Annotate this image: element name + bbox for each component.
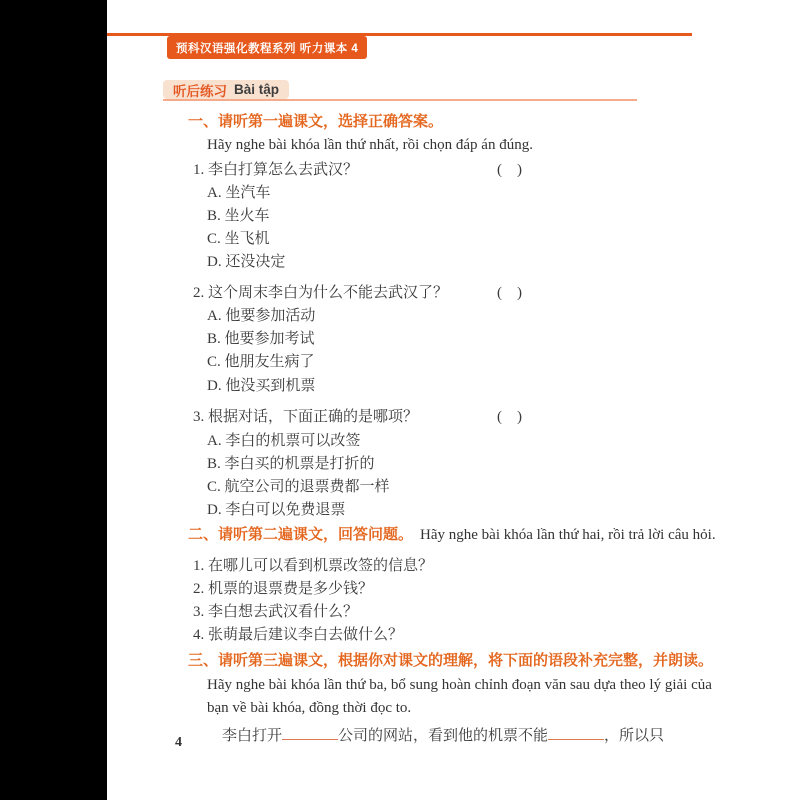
cloze-part-2: 公司的网站，看到他的机票不能	[338, 728, 548, 744]
page-number: 4	[175, 735, 182, 751]
answer-parentheses: ( )	[497, 283, 522, 303]
exercise-label-underline	[163, 99, 637, 101]
option-3b: B. 李白买的机票是打折的	[207, 454, 375, 474]
option-2b: B. 他要参加考试	[207, 329, 315, 349]
answer-parentheses: ( )	[497, 160, 522, 180]
exercise-label: 听后练习 Bài tập	[163, 80, 289, 99]
fill-blank-1	[282, 726, 338, 740]
textbook-page: 预科汉语强化教程系列 听力课本 4 听后练习 Bài tập 一、请听第一遍课文…	[0, 0, 800, 800]
exercise-label-zh: 听后练习	[173, 80, 227, 100]
section2-subtitle: Hãy nghe bài khóa lần thứ hai, rồi trả l…	[420, 527, 716, 543]
section2-question-1: 1. 在哪儿可以看到机票改签的信息？	[193, 556, 433, 576]
option-2a: A. 他要参加活动	[207, 306, 315, 326]
option-1c: C. 坐飞机	[207, 229, 270, 249]
section2-heading-zh: 二、请听第二遍课文，回答问题。	[188, 526, 413, 543]
question-1-text: 1. 李白打算怎么去武汉？	[193, 162, 358, 178]
option-2d: D. 他没买到机票	[207, 376, 315, 396]
option-1a: A. 坐汽车	[207, 183, 270, 203]
option-2c: C. 他朋友生病了	[207, 352, 315, 372]
fill-blank-2	[548, 726, 604, 740]
question-3: 3. 根据对话，下面正确的是哪项？ ( )	[193, 407, 418, 427]
section2-question-2: 2. 机票的退票费是多少钱？	[193, 579, 373, 599]
question-2-text: 2. 这个周末李白为什么不能去武汉了？	[193, 285, 448, 301]
option-3a: A. 李白的机票可以改签	[207, 431, 360, 451]
question-2: 2. 这个周末李白为什么不能去武汉了？ ( )	[193, 283, 448, 303]
exercise-label-vi: Bài tập	[234, 82, 279, 97]
question-3-text: 3. 根据对话，下面正确的是哪项？	[193, 409, 418, 425]
cloze-part-1: 李白打开	[222, 728, 282, 744]
answer-parentheses: ( )	[497, 407, 522, 427]
left-black-margin	[0, 0, 107, 800]
option-1d: D. 还没决定	[207, 252, 285, 272]
section3-subtitle-line1: Hãy nghe bài khóa lần thứ ba, bổ sung ho…	[207, 675, 712, 695]
section2-heading: 二、请听第二遍课文，回答问题。Hãy nghe bài khóa lần thứ…	[188, 525, 716, 545]
option-3c: C. 航空公司的退票费都一样	[207, 477, 390, 497]
section3-heading: 三、请听第三遍课文，根据你对课文的理解，将下面的语段补充完整，并朗读。	[188, 651, 713, 671]
section1-subtitle: Hãy nghe bài khóa lần thứ nhất, rồi chọn…	[207, 135, 533, 155]
section2-question-3: 3. 李白想去武汉看什么？	[193, 602, 358, 622]
section2-question-4: 4. 张萌最后建议李白去做什么？	[193, 625, 403, 645]
section1-heading: 一、请听第一遍课文，选择正确答案。	[188, 112, 443, 132]
series-banner: 预科汉语强化教程系列 听力课本 4	[167, 36, 367, 59]
cloze-part-3: ，所以只	[604, 728, 664, 744]
question-1: 1. 李白打算怎么去武汉？ ( )	[193, 160, 358, 180]
option-3d: D. 李白可以免费退票	[207, 500, 345, 520]
section3-subtitle-line2: bạn về bài khóa, đồng thời đọc to.	[207, 698, 411, 718]
option-1b: B. 坐火车	[207, 206, 270, 226]
cloze-sentence: 李白打开公司的网站，看到他的机票不能，所以只	[222, 726, 664, 746]
